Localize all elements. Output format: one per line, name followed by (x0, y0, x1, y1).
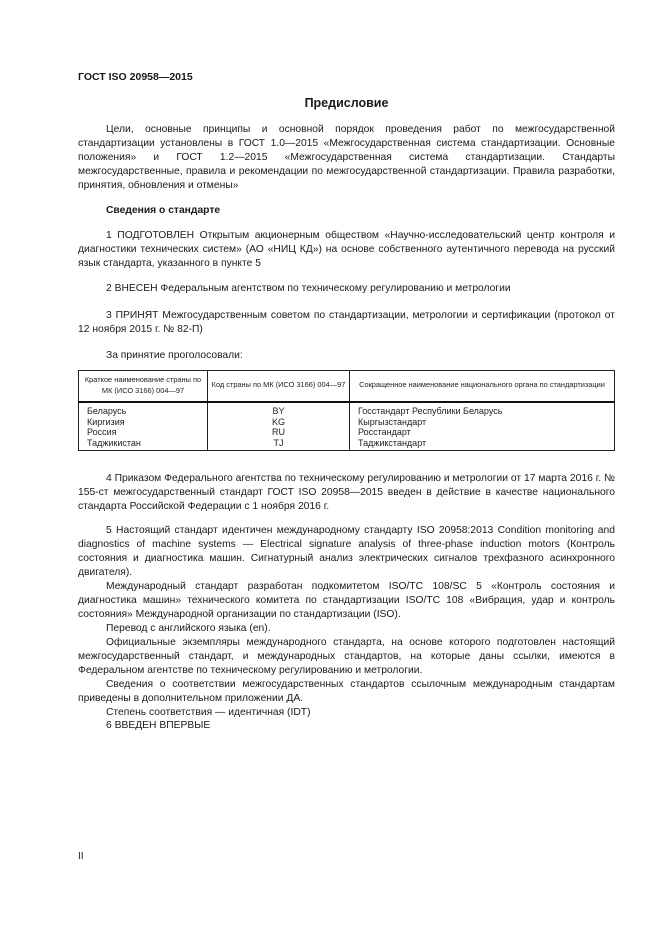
intro-paragraph: Цели, основные принципы и основной поряд… (78, 123, 615, 193)
item-2-lead: 2 ВНЕСЕН (106, 283, 158, 294)
header-country: Краткое наименование страны по МК (ИСО 3… (79, 371, 208, 403)
item-2-text: Федеральным агентством по техническому р… (158, 283, 511, 294)
cell-body: Росстандарт (350, 427, 615, 438)
cell-body: Таджикстандарт (350, 438, 615, 451)
page-number: II (78, 851, 84, 862)
intro-text: Цели, основные принципы и основной поряд… (78, 123, 615, 193)
voted-label: За принятие проголосовали: (78, 349, 615, 363)
cell-country: Киргизия (79, 417, 208, 428)
item-2: 2 ВНЕСЕН Федеральным агентством по техни… (78, 282, 615, 296)
table-row: Таджикистан TJ Таджикстандарт (79, 438, 615, 451)
info-heading: Сведения о стандарте (106, 205, 220, 216)
cell-code: KG (208, 417, 350, 428)
item-5: 5 Настоящий стандарт идентичен междунаро… (78, 524, 615, 720)
cell-body: Кыргызстандарт (350, 417, 615, 428)
table-row: Россия RU Росстандарт (79, 427, 615, 438)
header-code: Код страны по МК (ИСО 3166) 004—97 (208, 371, 350, 403)
item-3-lead: 3 ПРИНЯТ (106, 310, 158, 321)
table-row: Беларусь BY Госстандарт Республики Белар… (79, 402, 615, 417)
item-5-p2: Международный стандарт разработан подком… (78, 580, 615, 622)
item-6: 6 ВВЕДЕН ВПЕРВЫЕ (78, 719, 615, 733)
cell-code: TJ (208, 438, 350, 451)
cell-code: BY (208, 402, 350, 417)
item-5-p1: 5 Настоящий стандарт идентичен междунаро… (78, 524, 615, 580)
item-3: 3 ПРИНЯТ Межгосударственным советом по с… (78, 309, 615, 337)
cell-body: Госстандарт Республики Беларусь (350, 402, 615, 417)
item-5-p6: Степень соответствия — идентичная (IDT) (78, 706, 615, 720)
table-row: Киргизия KG Кыргызстандарт (79, 417, 615, 428)
item-3-text: Межгосударственным советом по стандартиз… (78, 310, 615, 335)
page-title: Предисловие (78, 96, 615, 110)
header-body: Сокращенное наименование национального о… (350, 371, 615, 403)
cell-country: Беларусь (79, 402, 208, 417)
item-1: 1 ПОДГОТОВЛЕН Открытым акционерным общес… (78, 229, 615, 271)
item-1-lead: 1 ПОДГОТОВЛЕН (106, 230, 194, 241)
cell-country: Россия (79, 427, 208, 438)
item-5-p4: Официальные экземпляры международного ст… (78, 636, 615, 678)
voting-table: Краткое наименование страны по МК (ИСО 3… (78, 370, 615, 451)
running-head: ГОСТ ISO 20958—2015 (78, 71, 193, 83)
item-5-p3: Перевод с английского языка (en). (78, 622, 615, 636)
cell-code: RU (208, 427, 350, 438)
item-4: 4 Приказом Федерального агентства по тех… (78, 472, 615, 514)
table-header-row: Краткое наименование страны по МК (ИСО 3… (79, 371, 615, 403)
cell-country: Таджикистан (79, 438, 208, 451)
item-5-p5: Сведения о соответствии межгосударственн… (78, 678, 615, 706)
